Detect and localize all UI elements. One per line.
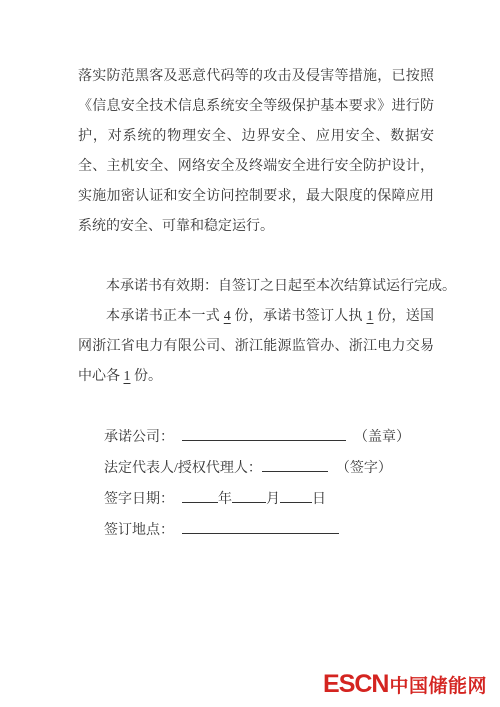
logo-chinese-text: 中国储能网 xyxy=(389,677,487,696)
copies-text-2: 份，承诺书签订人执 xyxy=(231,309,367,324)
signature-line-date: 签字日期：年月日 xyxy=(104,484,434,515)
date-year-blank xyxy=(182,487,218,503)
signature-line-representative: 法定代表人/授权代理人：（签字） xyxy=(104,453,434,484)
signature-line-location: 签订地点： xyxy=(104,515,434,546)
document-page: 落实防范黑客及恶意代码等的攻击及侵害等措施，已按照《信息安全技术信息系统安全等级… xyxy=(0,0,500,707)
signature-line-company: 承诺公司：（盖章） xyxy=(104,422,434,453)
representative-name-blank xyxy=(262,456,328,472)
copies-text-1: 本承诺书正本一式 xyxy=(106,309,224,324)
paragraph-validity: 本承诺书有效期：自签订之日起至本次结算试运行完成。 xyxy=(78,272,434,302)
date-day-label: 日 xyxy=(312,492,326,507)
date-month-blank xyxy=(232,487,266,503)
representative-sign-note: （签字） xyxy=(336,461,392,476)
date-month-label: 月 xyxy=(266,492,280,507)
logo-escn-text: ESCN xyxy=(323,672,388,697)
date-year-label: 年 xyxy=(218,492,232,507)
company-label: 承诺公司： xyxy=(104,430,174,445)
date-day-blank xyxy=(280,487,312,503)
copies-signer-count: 1 xyxy=(367,309,374,324)
escn-logo: ESCN 中国储能网 xyxy=(323,672,487,697)
company-name-blank xyxy=(182,425,346,441)
paragraph-copies: 本承诺书正本一式 4 份，承诺书签订人执 1 份，送国网浙江省电力有限公司、浙江… xyxy=(78,302,434,392)
location-blank xyxy=(182,518,339,534)
representative-label: 法定代表人/授权代理人： xyxy=(104,461,262,476)
company-seal-note: （盖章） xyxy=(354,430,410,445)
paragraph-security-measures: 落实防范黑客及恶意代码等的攻击及侵害等措施，已按照《信息安全技术信息系统安全等级… xyxy=(78,62,434,242)
document-content: 落实防范黑客及恶意代码等的攻击及侵害等措施，已按照《信息安全技术信息系统安全等级… xyxy=(78,62,434,546)
location-label: 签订地点： xyxy=(104,523,174,538)
copies-text-4: 份。 xyxy=(131,369,163,384)
copies-total-count: 4 xyxy=(224,309,231,324)
copies-each-count: 1 xyxy=(124,369,131,384)
signature-section: 承诺公司：（盖章） 法定代表人/授权代理人：（签字） 签字日期：年月日 签订地点… xyxy=(104,422,434,546)
date-label: 签字日期： xyxy=(104,492,174,507)
